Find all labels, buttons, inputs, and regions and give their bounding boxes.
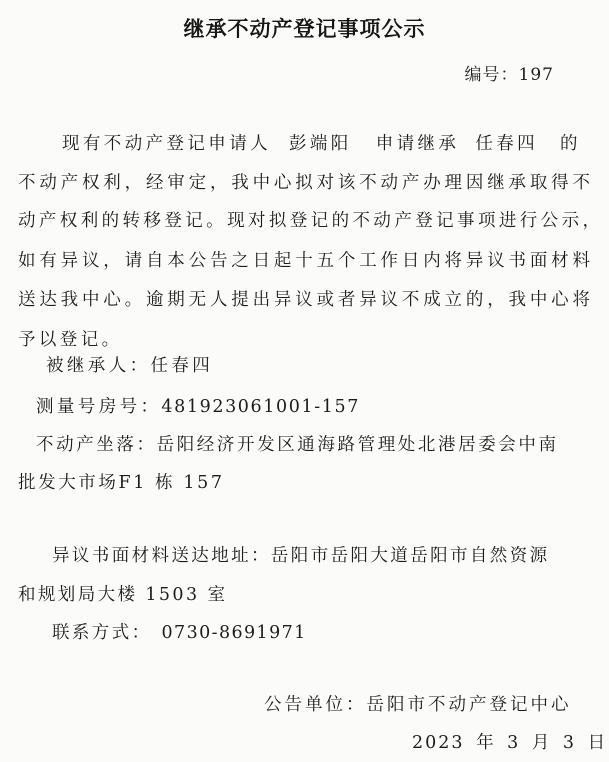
contact-label: 联系方式：	[52, 623, 152, 643]
applicant-name: 彭端阳	[289, 134, 352, 154]
decedent-value: 任春四	[151, 356, 214, 376]
notice-page: 继承不动产登记事项公示 编号：197 现有不动产登记申请人彭端阳申请继承任春四的…	[0, 0, 609, 762]
contact-value: 0730-8691971	[162, 623, 307, 643]
page-title: 继承不动产登记事项公示	[0, 13, 609, 43]
objection-address: 异议书面材料送达地址：岳阳市岳阳大道岳阳市自然资源	[52, 545, 550, 567]
location-label: 不动产坐落：	[36, 435, 157, 455]
document-number: 编号：197	[465, 60, 554, 85]
issuing-unit-label: 公告单位：	[264, 695, 367, 715]
intro-line: 现有不动产登记申请人彭端阳申请继承任春四的	[62, 133, 592, 155]
intro-prefix: 现有不动产登记申请人	[62, 134, 271, 154]
survey-value: 481923061001-157	[161, 397, 360, 417]
decedent-field: 被继承人：任春四	[46, 355, 213, 377]
intro-suffix: 的	[560, 134, 581, 154]
body-line-4: 送达我中心。逾期无人提出异议或者异议不成立的，我中心将	[18, 289, 590, 311]
objection-line-1: 岳阳市岳阳大道岳阳市自然资源	[271, 546, 550, 566]
survey-field: 测量号房号：481923061001-157	[36, 396, 360, 418]
body-line-2: 动产权利的转移登记。现对拟登记的不动产登记事项进行公示，	[18, 210, 600, 232]
intro-middle: 申请继承	[376, 134, 460, 154]
location-line-1: 岳阳经济开发区通海路管理处北港居委会中南	[157, 435, 559, 455]
location-line-2: 批发大市场F1 栋 157	[18, 472, 225, 494]
survey-label: 测量号房号：	[36, 397, 161, 417]
document-number-label: 编号：	[465, 65, 519, 85]
body-line-5: 予以登记。	[18, 329, 123, 351]
body-line-1: 不动产权利，经审定，我中心拟对该不动产办理因继承取得不	[18, 172, 590, 194]
location-field: 不动产坐落：岳阳经济开发区通海路管理处北港居委会中南	[36, 434, 559, 456]
objection-label: 异议书面材料送达地址：	[52, 546, 271, 566]
body-line-3: 如有异议，请自本公告之日起十五个工作日内将异议书面材料	[18, 250, 590, 272]
decedent-label: 被继承人：	[46, 356, 151, 376]
document-number-value: 197	[519, 65, 554, 85]
issuing-unit: 公告单位：岳阳市不动产登记中心	[264, 691, 572, 716]
objection-line-2: 和规划局大楼 1503 室	[18, 584, 227, 606]
notice-date: 2023 年 3 月 3 日	[412, 729, 607, 754]
decedent-name: 任春四	[475, 134, 538, 154]
issuing-unit-value: 岳阳市不动产登记中心	[367, 695, 572, 715]
contact-field: 联系方式：0730-8691971	[52, 622, 307, 644]
